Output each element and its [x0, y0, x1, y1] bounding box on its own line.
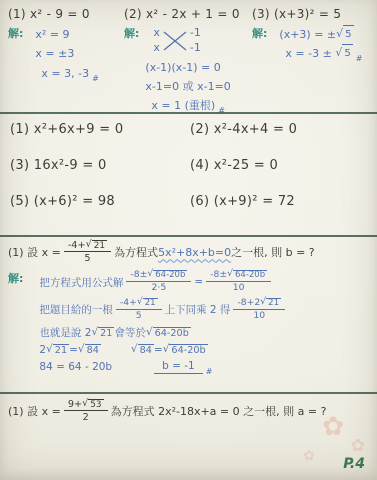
solution-step: 2√21 = √84√84 = √64-20b	[39, 344, 288, 356]
solution-step: 84 = 64 - 20bb = -1#	[39, 360, 288, 374]
cross-lines-icon	[162, 28, 188, 54]
solve-label: 解:	[252, 25, 267, 64]
solution-steps: x x -1 -1 (x-1)(x-1) = 0 x-1=0 或	[145, 25, 230, 115]
practice-equation: (2) x²-4x+4 = 0	[190, 122, 371, 137]
solve-label: 解:	[8, 25, 23, 83]
solution-block: 解: x² = 9 x = ±3 x = 3, -3#	[8, 25, 124, 83]
worked-word-problem-section: (1) 設 x = -4+√215 為方程式 5x²+8x+b=0 之一根, 則…	[8, 240, 375, 374]
example-2: (2) x² - 2x + 1 = 0 解: x x -	[124, 7, 252, 115]
solution-step: 把題目給的一根 -4+√215 上下同乘 2 得 -8+2√2110	[39, 298, 288, 321]
solution-block: 解: x x -1 -1	[124, 25, 252, 115]
cross-term: -1	[190, 41, 201, 56]
solution-step: x² = 9	[35, 25, 98, 44]
problem-statement: (3) (x+3)² = 5	[252, 7, 375, 21]
section-divider-line	[0, 235, 377, 237]
solution-step: 也就是說 2√21 會等於 √64-20b	[39, 325, 288, 340]
problem-statement: (1) 設 x = -4+√215 為方程式 5x²+8x+b=0 之一根, 則…	[8, 240, 375, 264]
solve-label: 解:	[8, 270, 23, 374]
section-divider-line	[0, 392, 377, 394]
practice-equation: (5) (x+6)² = 98	[10, 194, 190, 209]
cross-term: -1	[190, 26, 201, 41]
solution-step: x = ±3	[35, 44, 98, 63]
solution-steps: (x+3) = ±√5 x = -3 ± √5#	[273, 25, 362, 64]
flower-decoration-icon: ✿	[322, 412, 344, 442]
page-number-label: P.4	[343, 456, 365, 472]
solution-block: 解: 把方程式用公式解 -8±√64-20b2·5 = -8±√64-20b10…	[8, 270, 375, 374]
problem-statement: (1) 設 x = 9+√532 為方程式 2x²-18x+a = 0 之一根,…	[8, 399, 375, 423]
solution-step: x = 3, -3#	[41, 64, 98, 83]
solution-block: 解: (x+3) = ±√5 x = -3 ± √5#	[252, 25, 375, 64]
solution-step: (x-1)(x-1) = 0	[145, 58, 230, 77]
example-3: (3) (x+3)² = 5 解: (x+3) = ±√5 x = -3 ± √…	[252, 7, 375, 115]
solution-step: x-1=0 或 x-1=0	[145, 77, 230, 96]
practice-equation: (6) (x+9)² = 72	[190, 194, 371, 209]
cross-term: x	[153, 41, 160, 56]
practice-equations-section: (1) x²+6x+9 = 0 (2) x²-4x+4 = 0 (3) 16x²…	[10, 122, 371, 209]
example-1: (1) x² - 9 = 0 解: x² = 9 x = ±3 x = 3, -…	[8, 7, 124, 115]
solution-step: 把方程式用公式解 -8±√64-20b2·5 = -8±√64-20b10	[39, 270, 288, 293]
problem-statement: (1) x² - 9 = 0	[8, 7, 124, 21]
worked-examples-section: (1) x² - 9 = 0 解: x² = 9 x = ±3 x = 3, -…	[8, 7, 375, 115]
solution-step: x = -3 ± √5#	[285, 44, 362, 63]
practice-equation: (3) 16x²-9 = 0	[10, 158, 190, 173]
cross-multiplication-diagram: x x -1 -1	[153, 26, 230, 56]
next-exercise-section: (1) 設 x = 9+√532 為方程式 2x²-18x+a = 0 之一根,…	[8, 399, 375, 423]
solve-label: 解:	[124, 25, 139, 115]
flower-decoration-icon: ✿	[351, 436, 365, 456]
practice-equation: (4) x²-25 = 0	[190, 158, 371, 173]
practice-equation: (1) x²+6x+9 = 0	[10, 122, 190, 137]
cross-left-column: x x	[153, 26, 160, 56]
solution-step: (x+3) = ±√5	[279, 25, 362, 44]
solution-steps: 把方程式用公式解 -8±√64-20b2·5 = -8±√64-20b10 把題…	[39, 270, 288, 374]
problem-statement: (2) x² - 2x + 1 = 0	[124, 7, 252, 21]
cross-right-column: -1 -1	[190, 26, 201, 56]
solution-steps: x² = 9 x = ±3 x = 3, -3#	[29, 25, 98, 83]
section-divider-line	[0, 112, 377, 114]
flower-decoration-icon: ✿	[303, 448, 315, 464]
cross-term: x	[153, 26, 160, 41]
handwritten-math-notes-page: (1) x² - 9 = 0 解: x² = 9 x = ±3 x = 3, -…	[0, 0, 377, 480]
